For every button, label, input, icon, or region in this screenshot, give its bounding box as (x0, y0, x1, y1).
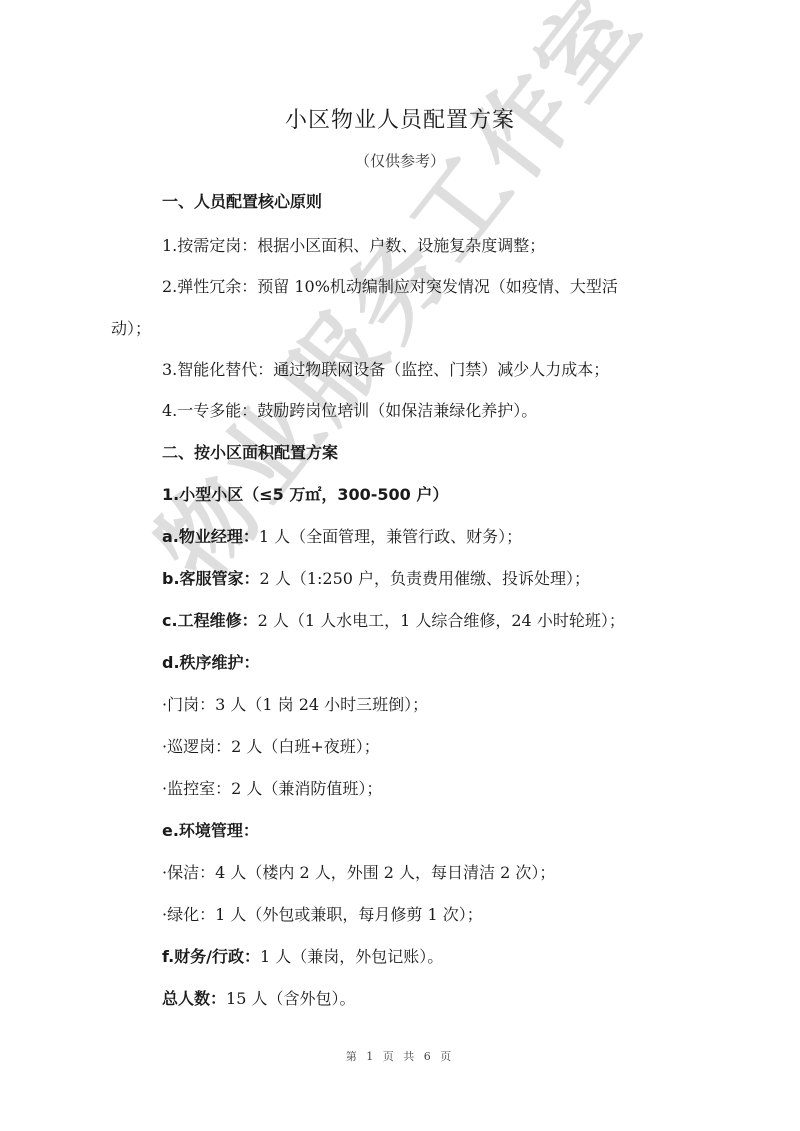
subsection-heading: 1.小型小区（≤5 万㎡，300-500 户） (162, 484, 448, 506)
role-label: f.财务/行政： (162, 947, 260, 966)
role-item: a.物业经理：1 人（全面管理，兼管行政、财务）； (162, 526, 522, 548)
role-text: 2 人（1 人水电工，1 人综合维修，24 小时轮班）； (258, 611, 625, 630)
role-label: b.客服管家： (162, 569, 260, 588)
total-count: 总人数：15 人（含外包）。 (162, 988, 355, 1010)
total-label: 总人数： (162, 989, 226, 1008)
watermark: 物业服务工作室 (120, 0, 668, 604)
principle-item: 1.按需定岗：根据小区面积、户数、设施复杂度调整； (162, 235, 545, 257)
role-subitem: ·门岗：3 人（1 岗 24 小时三班倒）； (162, 694, 428, 716)
principle-item-continuation: 动）； (111, 318, 151, 340)
role-item: c.工程维修：2 人（1 人水电工，1 人综合维修，24 小时轮班）； (162, 610, 625, 632)
page-number: 第 1 页 共 6 页 (0, 1048, 800, 1064)
role-label: c.工程维修： (162, 611, 258, 630)
role-item: b.客服管家：2 人（1:250 户，负责费用催缴、投诉处理）； (162, 568, 590, 590)
document-subtitle: （仅供参考） (0, 150, 800, 171)
document-title: 小区物业人员配置方案 (0, 103, 800, 134)
role-subitem: ·监控室：2 人（兼消防值班）； (162, 778, 382, 800)
role-label: a.物业经理： (162, 527, 259, 546)
role-item: e.环境管理： (162, 820, 259, 842)
principle-item: 4.一专多能：鼓励跨岗位培训（如保洁兼绿化养护）。 (162, 400, 537, 422)
role-text: 1 人（兼岗，外包记账）。 (260, 947, 443, 966)
section-heading-1: 一、人员配置核心原则 (162, 191, 322, 213)
role-item: f.财务/行政：1 人（兼岗，外包记账）。 (162, 946, 443, 968)
role-subitem: ·绿化：1 人（外包或兼职，每月修剪 1 次）； (162, 904, 483, 926)
role-subitem: ·巡逻岗：2 人（白班+夜班）； (162, 736, 380, 758)
role-text: 2 人（1:250 户，负责费用催缴、投诉处理）； (260, 569, 590, 588)
section-heading-2: 二、按小区面积配置方案 (162, 442, 338, 464)
role-label: d.秩序维护： (162, 653, 260, 672)
total-text: 15 人（含外包）。 (226, 989, 355, 1008)
role-text: 1 人（全面管理，兼管行政、财务）； (259, 527, 522, 546)
principle-item: 2.弹性冗余：预留 10%机动编制应对突发情况（如疫情、大型活 (162, 276, 618, 298)
role-label: e.环境管理： (162, 821, 259, 840)
role-item: d.秩序维护： (162, 652, 260, 674)
role-subitem: ·保洁：4 人（楼内 2 人，外围 2 人，每日清洁 2 次）； (162, 862, 555, 884)
principle-item: 3.智能化替代：通过物联网设备（监控、门禁）减少人力成本； (162, 359, 609, 381)
document-page: 物业服务工作室 小区物业人员配置方案 （仅供参考） 一、人员配置核心原则 1.按… (0, 0, 800, 1131)
